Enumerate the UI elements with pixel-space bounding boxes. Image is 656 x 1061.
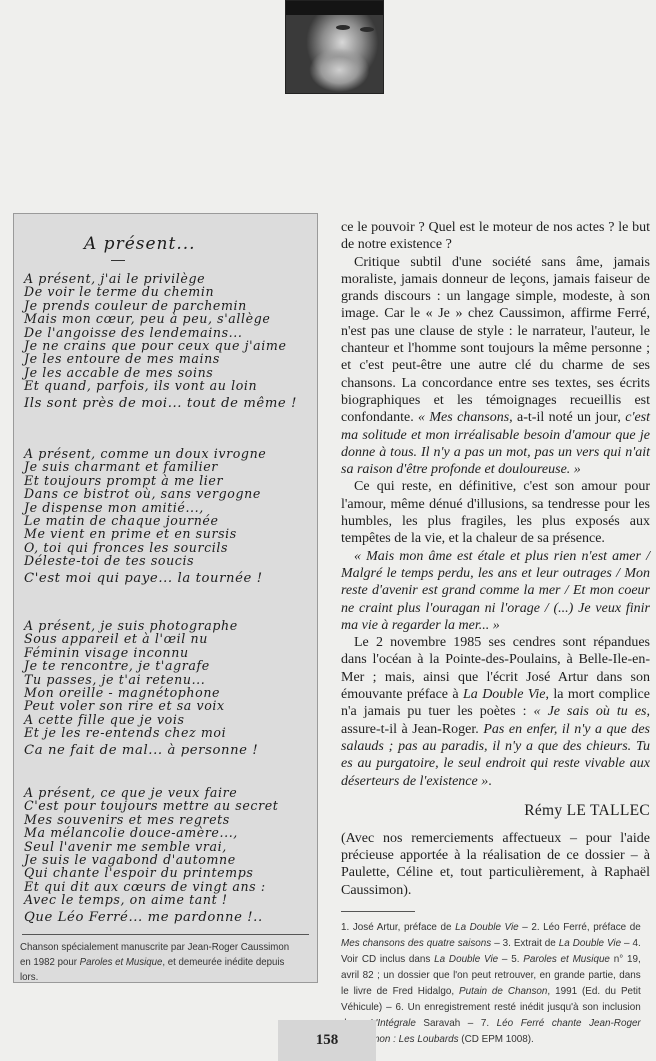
paragraph-text: assure-t-il à Jean-Roger. [341, 722, 483, 737]
verse-line: Je ne crains que pour ceux que j'aime [24, 339, 314, 352]
paragraph-5: Le 2 novembre 1985 ses cendres sont répa… [341, 634, 650, 790]
verse-line: Et toujours prompt à me lier [24, 474, 314, 487]
verse-line: Mon oreille - magnétophone [24, 686, 314, 699]
page-number-box: 158 [278, 1020, 376, 1061]
footnote-title: Paroles et Musique [523, 954, 610, 965]
footnote-title: Mes chansons des quatre saisons [341, 938, 491, 949]
verse-line: Peut voler son rire et sa voix [24, 699, 314, 712]
footnote-title: Putain de Chanson [459, 986, 547, 997]
verse-refrain: Que Léo Ferré... me pardonne !.. [24, 911, 314, 924]
manuscript-caption: Chanson spécialement manuscrite par Jean… [20, 940, 294, 985]
portrait-photo [285, 0, 384, 94]
paragraph-2: Critique subtil d'une société sans âme, … [341, 254, 650, 479]
verse-line: A cette fille que je vois [24, 713, 314, 726]
verse-line: Je dispense mon amitié..., [24, 501, 314, 514]
manuscript-title: A présent... [84, 234, 196, 254]
footnote-text: 1. José Artur, préface de [341, 922, 455, 933]
stanza-1: A présent, j'ai le privilège De voir le … [24, 272, 314, 410]
paragraph-quote: « Mais mon âme est étale et plus rien n'… [341, 548, 650, 634]
verse-line: Sous appareil et à l'œil nu [24, 632, 314, 645]
book-title: La Double Vie [463, 687, 545, 702]
verse-line: Je les accable de mes soins [24, 366, 314, 379]
paragraph-1: ce le pouvoir ? Quel est le moteur de no… [341, 219, 650, 254]
verse-line: C'est pour toujours mettre au secret [24, 799, 314, 812]
footnote-title: La Double Vie [559, 938, 621, 949]
verse-line: Qui chante l'espoir du printemps [24, 866, 314, 879]
verse-line: Me vient en prime et en sursis [24, 527, 314, 540]
paragraph-text: . [488, 774, 492, 789]
footnote-text: (CD EPM 1008). [459, 1034, 534, 1045]
verse-line: Et qui dit aux cœurs de vingt ans : [24, 880, 314, 893]
verse-line: Mes souvenirs et mes regrets [24, 813, 314, 826]
verse-line: A présent, comme un doux ivrogne [24, 447, 314, 460]
verse-line: Et quand, parfois, ils vont au loin [24, 379, 314, 392]
manuscript-box: A présent... A présent, j'ai le privilèg… [13, 213, 318, 983]
verse-line: De voir le terme du chemin [24, 285, 314, 298]
footnote-text: – 3. Extrait de [491, 938, 559, 949]
verse-line: Je suis le vagabond d'automne [24, 853, 314, 866]
quote-text: « Mais mon âme est étale et plus rien n'… [341, 549, 650, 633]
page-number: 158 [316, 1032, 339, 1049]
caption-magazine-title: Paroles et Musique [80, 957, 163, 968]
verse-line: Seul l'avenir me semble vrai, [24, 840, 314, 853]
photo-hat-shadow [286, 1, 383, 15]
footnote-divider [341, 911, 415, 912]
verse-line: Avec le temps, on aime tant ! [24, 893, 314, 906]
verse-refrain: Ils sont près de moi... tout de même ! [24, 397, 314, 410]
verse-refrain: C'est moi qui paye... la tournée ! [24, 572, 314, 585]
footnote-text: – 5. [498, 954, 523, 965]
verse-line: Le matin de chaque journée [24, 514, 314, 527]
verse-line: Féminin visage inconnu [24, 646, 314, 659]
article-column: ce le pouvoir ? Quel est le moteur de no… [341, 219, 650, 1048]
verse-line: Et je les re-entends chez moi [24, 726, 314, 739]
verse-line: Je te rencontre, je t'agrafe [24, 659, 314, 672]
author-signature: Rémy LE TALLEC [341, 802, 650, 820]
footnote-title: La Double Vie [455, 922, 519, 933]
footnote-text: Saravah – 7. [416, 1018, 497, 1029]
stanza-2: A présent, comme un doux ivrogne Je suis… [24, 447, 314, 585]
verse-line: Je prends couleur de parchemin [24, 299, 314, 312]
verse-line: A présent, ce que je veux faire [24, 786, 314, 799]
paragraph-text: a-t-il noté un jour, [513, 410, 626, 425]
verse-line: O, toi qui fronces les sourcils [24, 541, 314, 554]
paragraph-3: Ce qui reste, en définitive, c'est son a… [341, 478, 650, 547]
verse-line: Tu passes, je t'ai retenu... [24, 673, 314, 686]
photo-eye [360, 27, 374, 32]
footnote-title: La Double Vie [434, 954, 498, 965]
verse-line: De l'angoisse des lendemains... [24, 326, 314, 339]
verse-line: Je suis charmant et familier [24, 460, 314, 473]
verse-line: Dans ce bistrot où, sans vergogne [24, 487, 314, 500]
verse-line: A présent, je suis photographe [24, 619, 314, 632]
paragraph-text: Critique subtil d'une société sans âme, … [341, 255, 650, 426]
footnotes: 1. José Artur, préface de La Double Vie … [341, 920, 641, 1048]
verse-line: A présent, j'ai le privilège [24, 272, 314, 285]
photo-eye [336, 25, 350, 30]
verse-line: Ma mélancolie douce-amère..., [24, 826, 314, 839]
stanza-3: A présent, je suis photographe Sous appa… [24, 619, 314, 757]
caption-divider [22, 934, 309, 935]
footnote-text: – 2. Léo Ferré, préface de [519, 922, 641, 933]
verse-line: Je les entoure de mes mains [24, 352, 314, 365]
title-underline [111, 260, 125, 261]
footnote-title: L'Intégrale [370, 1018, 416, 1029]
stanza-4: A présent, ce que je veux faire C'est po… [24, 786, 314, 924]
quote-text: « Mes chansons, [418, 410, 513, 425]
verse-line: Mais mon cœur, peu à peu, s'allège [24, 312, 314, 325]
quote-text: « Je sais où tu es, [534, 704, 650, 719]
acknowledgements: (Avec nos remerciements affectueux – pou… [341, 830, 650, 899]
verse-line: Déleste-toi de tes soucis [24, 554, 314, 567]
verse-refrain: Ca ne fait de mal... à personne ! [24, 744, 314, 757]
